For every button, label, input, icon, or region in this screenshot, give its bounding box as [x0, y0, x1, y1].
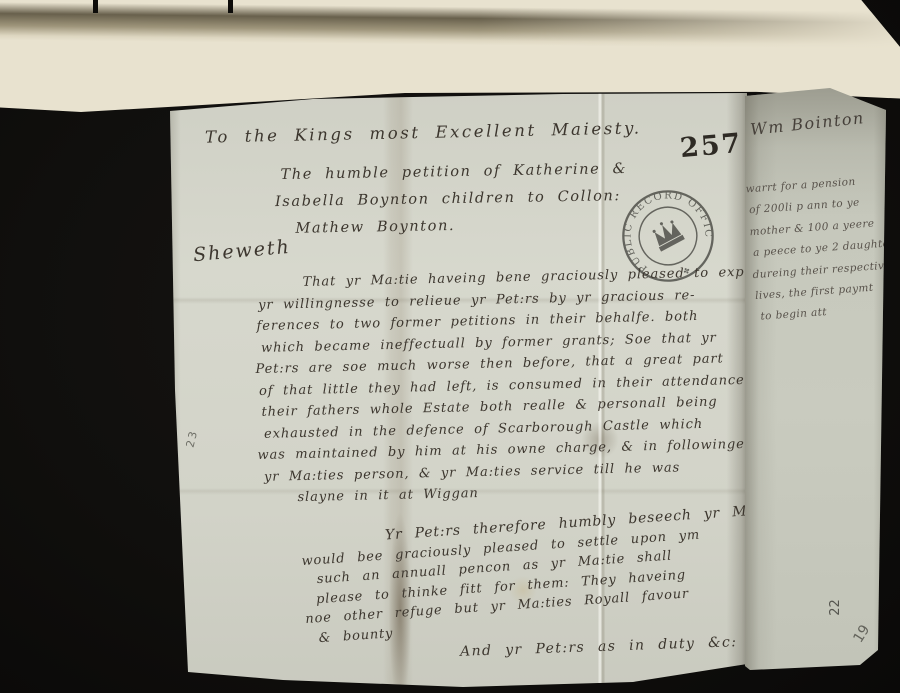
- top-page-fold-shadow: [0, 2, 900, 50]
- crown-icon: [649, 216, 685, 252]
- petition-closing: And yr Pet:rs as in duty &c:: [460, 634, 738, 660]
- binding-mark: [93, 0, 98, 13]
- endorsement-name: Wm Bointon: [749, 108, 865, 139]
- binding-mark: [228, 0, 233, 13]
- archive-photo: To the Kings most Excellent Maiesty. 257…: [0, 0, 900, 693]
- pencil-folio-mark-19: 19: [850, 622, 873, 646]
- subheading-line: Mathew Boynton.: [295, 210, 628, 243]
- petition-subheading: The humble petition of Katherine & Isabe…: [280, 156, 628, 243]
- petition-body: That yr Ma:tie haveing bene graciously p…: [253, 261, 789, 509]
- sheweth-word: Sheweth: [192, 236, 291, 266]
- endorsement-note: warrt for a pension of 200li p ann to ye…: [745, 169, 900, 329]
- endorsement-panel: Wm Bointon warrt for a pension of 200li …: [745, 88, 888, 672]
- pencil-folio-mark-22: 22: [828, 599, 843, 616]
- petition-prayer: Yr Pet:rs therefore humbly beseech yr Ma…: [300, 500, 790, 649]
- petition-page: To the Kings most Excellent Maiesty. 257…: [163, 90, 747, 690]
- pencil-folio-mark-left: 23: [184, 428, 201, 449]
- petition-heading: To the Kings most Excellent Maiesty.: [205, 118, 642, 146]
- folio-ref-number: 257.: [679, 127, 755, 164]
